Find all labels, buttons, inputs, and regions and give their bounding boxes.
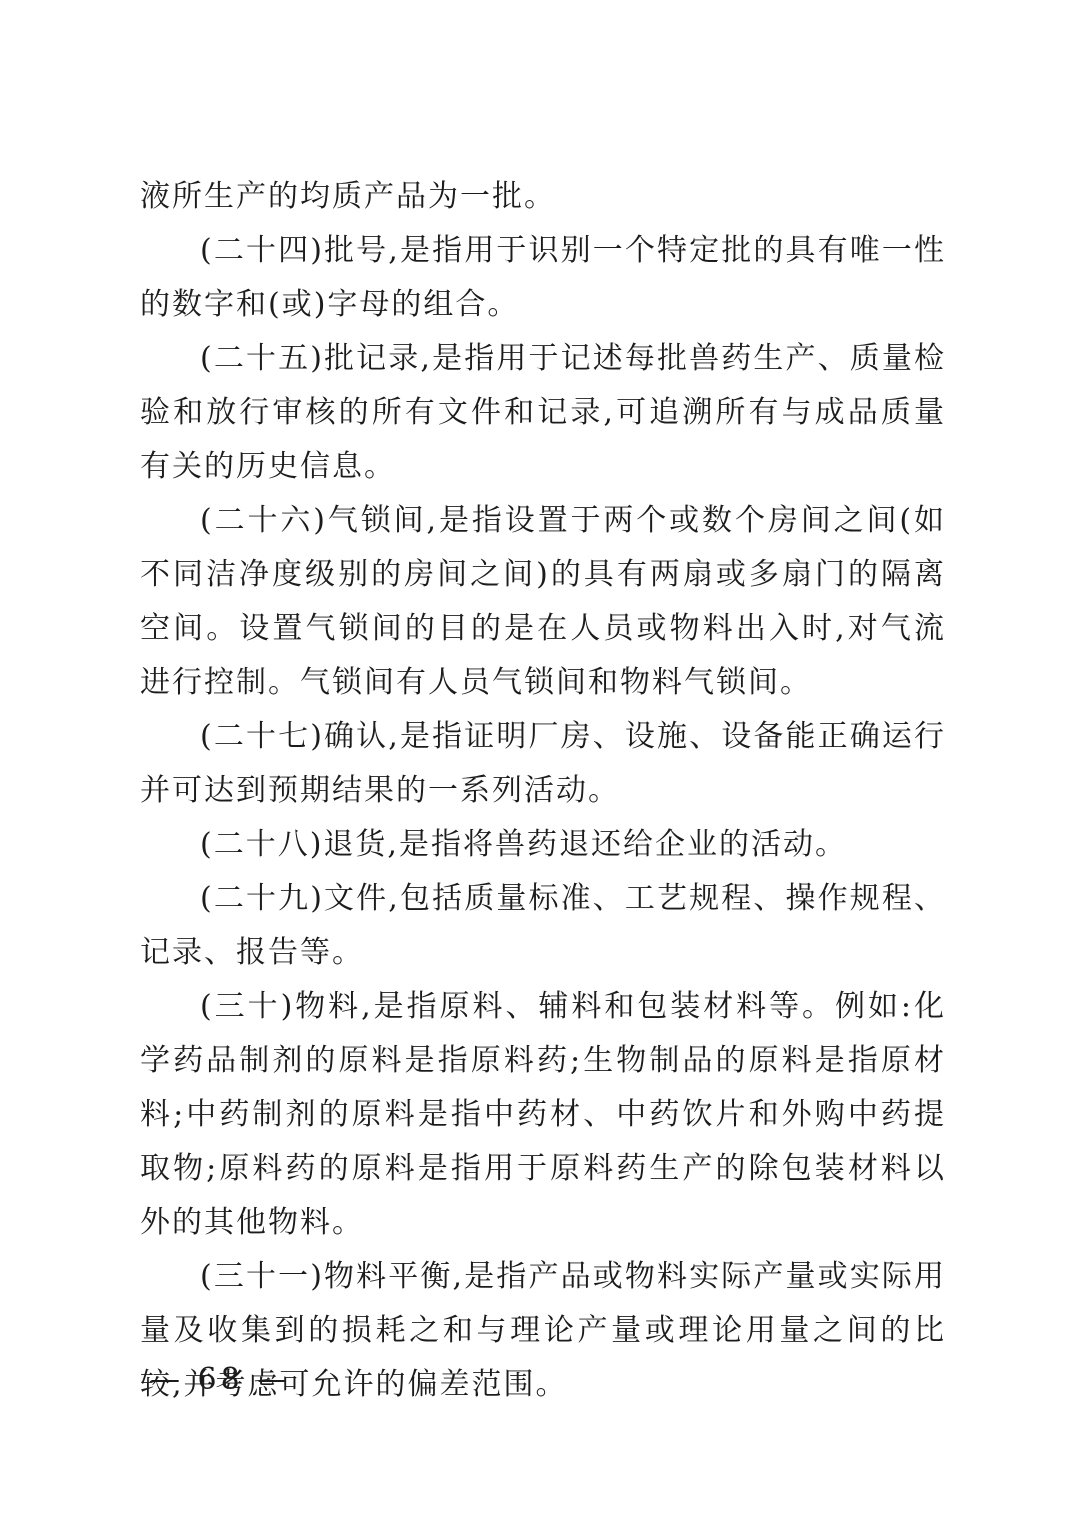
paragraph-definition-24: (二十四)批号,是指用于识别一个特定批的具有唯一性的数字和(或)字母的组合。	[140, 224, 946, 332]
document-page: 液所生产的均质产品为一批。 (二十四)批号,是指用于识别一个特定批的具有唯一性的…	[0, 0, 1080, 1527]
paragraph-definition-28: (二十八)退货,是指将兽药退还给企业的活动。	[140, 818, 946, 872]
paragraph-definition-29: (二十九)文件,包括质量标准、工艺规程、操作规程、记录、报告等。	[140, 872, 946, 980]
paragraph-definition-27: (二十七)确认,是指证明厂房、设施、设备能正确运行并可达到预期结果的一系列活动。	[140, 710, 946, 818]
paragraph-definition-26: (二十六)气锁间,是指设置于两个或数个房间之间(如不同洁净度级别的房间之间)的具…	[140, 494, 946, 710]
page-number: — 68 —	[150, 1362, 291, 1397]
document-body: 液所生产的均质产品为一批。 (二十四)批号,是指用于识别一个特定批的具有唯一性的…	[140, 170, 946, 1412]
paragraph-continuation: 液所生产的均质产品为一批。	[140, 170, 946, 224]
paragraph-definition-25: (二十五)批记录,是指用于记述每批兽药生产、质量检验和放行审核的所有文件和记录,…	[140, 332, 946, 494]
paragraph-definition-30: (三十)物料,是指原料、辅料和包装材料等。例如:化学药品制剂的原料是指原料药;生…	[140, 980, 946, 1250]
